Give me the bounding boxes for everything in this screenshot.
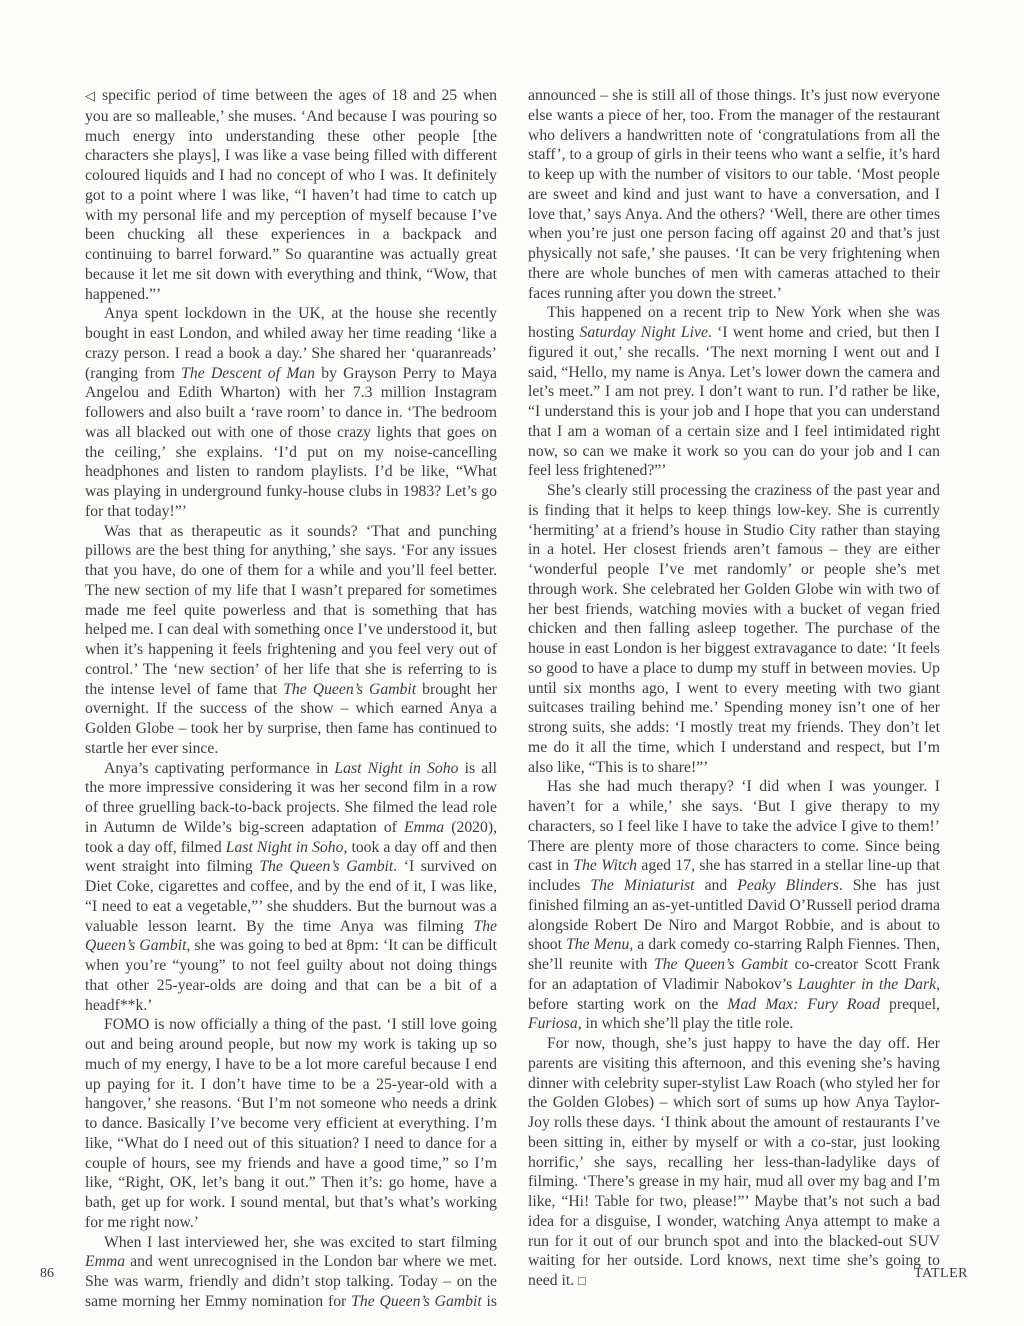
paragraph: This happened on a recent trip to New Yo… [528, 303, 940, 481]
paragraph: For now, though, she’s just happy to hav… [528, 1034, 940, 1292]
paragraph: Has she had much therapy? ‘I did when I … [528, 777, 940, 1034]
page-footer: 86 TATLER [40, 1266, 968, 1282]
paragraph: FOMO is now officially a thing of the pa… [85, 1015, 497, 1232]
paragraph: announced – she is still all of those th… [528, 86, 940, 303]
paragraph: Anya’s captivating performance in Last N… [85, 759, 497, 1016]
paragraph: She’s clearly still processing the crazi… [528, 481, 940, 777]
paragraph: Was that as therapeutic as it sounds? ‘T… [85, 522, 497, 759]
magazine-name: TATLER [914, 1266, 968, 1282]
paragraph: ◁ specific period of time between the ag… [85, 86, 497, 304]
magazine-page: ◁ specific period of time between the ag… [0, 0, 1024, 1326]
paragraph: Anya spent lockdown in the UK, at the ho… [85, 304, 497, 521]
column-left: ◁ specific period of time between the ag… [85, 86, 497, 1312]
column-right: announced – she is still all of those th… [528, 86, 940, 1312]
continuation-arrow-icon: ◁ [85, 89, 102, 103]
article-body: ◁ specific period of time between the ag… [85, 86, 940, 1312]
page-number: 86 [40, 1266, 54, 1282]
